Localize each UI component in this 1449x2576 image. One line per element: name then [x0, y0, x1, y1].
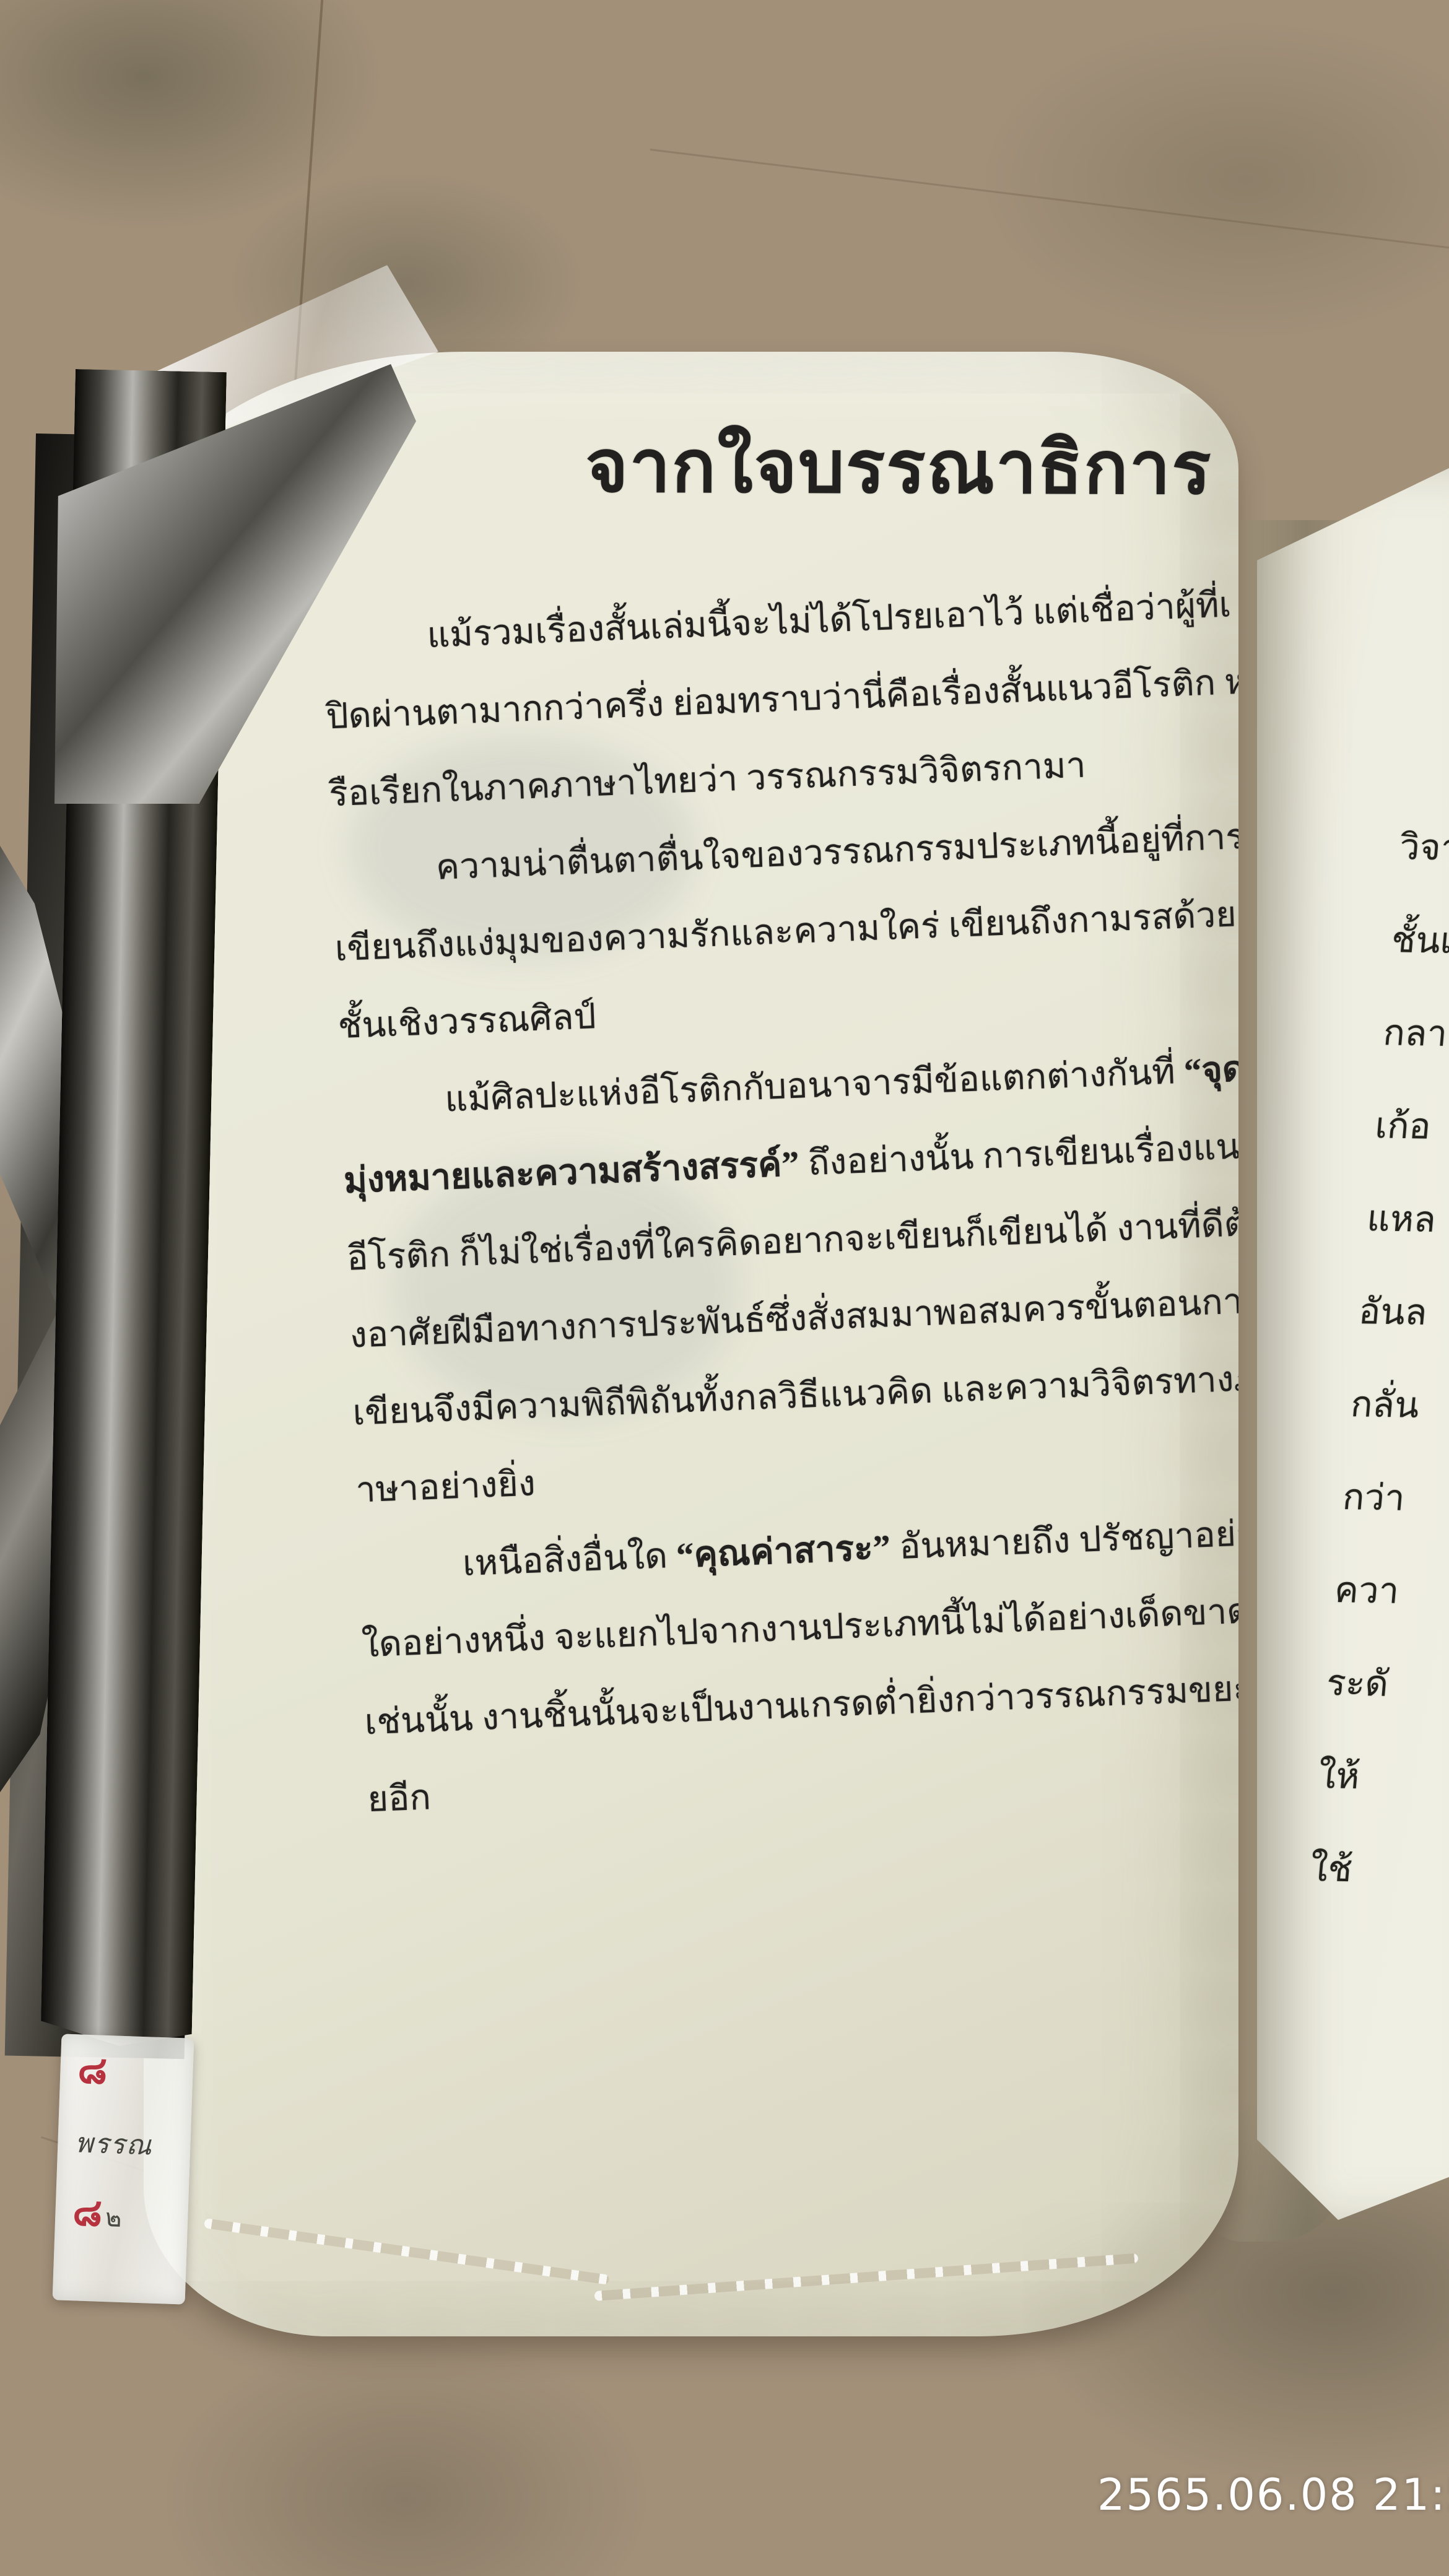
right-page-text-line: ใช้ — [1307, 1822, 1449, 1918]
right-page-text-line: ควา — [1331, 1544, 1449, 1639]
right-page-text-line: เก้อ — [1371, 1079, 1449, 1175]
text-run: ความน่าตื่นตาตื่นใจของวรรณกรรมประเภทนี้อ… — [334, 817, 1238, 1046]
paragraph: ความน่าตื่นตาตื่นใจของวรรณกรรมประเภทนี้อ… — [331, 798, 1238, 1065]
page-paragraphs: แม้รวมเรื่องสั้นเล่มนี้จะไม่ได้โปรยเอาไว… — [321, 565, 1238, 1838]
right-page-text-line: กลั่น — [1347, 1358, 1449, 1453]
photo-scene: { "photo": { "timestamp_text": "2565.06.… — [0, 0, 1449, 2576]
spine-label: ๘ พรรณ ๘ ๒ — [53, 2034, 194, 2304]
right-page-text-line: วิจาร — [1396, 801, 1449, 896]
right-page-text-line: แหล — [1363, 1172, 1449, 1268]
spine-label-top-mark: ๘ — [77, 2050, 193, 2092]
page-title: จากใจบรรณาธิการ — [316, 406, 1238, 526]
spine-label-bottom-black: ๒ — [105, 2204, 122, 2233]
right-page-text-line: ระดั — [1323, 1637, 1449, 1732]
text-run: แม้ศิลปะแห่งอีโรติกกับอนาจารมีข้อแตกต่าง… — [444, 1052, 1185, 1120]
right-page-text-line: กลา — [1379, 986, 1449, 1082]
text-run: เหนือสิ่งอื่นใด — [462, 1536, 677, 1583]
right-page-text-fragments: วิจารชั้นเชิกลาเก้อแหลอันลกลั่นกว่าควาระ… — [1307, 801, 1449, 1918]
left-page: จากใจบรรณาธิการ แม้รวมเรื่องสั้นเล่มนี้จ… — [144, 352, 1238, 2336]
right-page: วิจารชั้นเชิกลาเก้อแหลอันลกลั่นกว่าควาระ… — [1257, 468, 1449, 2220]
right-page-text-line: กว่า — [1339, 1451, 1449, 1546]
right-page-text-line: ให้ — [1315, 1730, 1449, 1825]
right-page-text-line: ชั้นเชิ — [1388, 894, 1449, 989]
spine-label-handwriting: พรรณ — [75, 2130, 191, 2160]
text-run: แม้รวมเรื่องสั้นเล่มนี้จะไม่ได้โปรยเอาไว… — [325, 585, 1238, 814]
floor-crack — [650, 149, 1449, 256]
camera-timestamp: 2565.06.08 21:57 — [1097, 2469, 1449, 2520]
paragraph: แม้ศิลปะแห่งอีโรติกกับอนาจารมีข้อแตกต่าง… — [339, 1030, 1238, 1529]
page-content: จากใจบรรณาธิการ แม้รวมเรื่องสั้นเล่มนี้จ… — [315, 390, 1238, 1839]
spine-label-bottom-red: ๘ — [72, 2189, 103, 2235]
bold-phrase: “คุณค่าสาระ” — [676, 1528, 891, 1575]
spine-label-bottom-marks: ๘ ๒ — [72, 2193, 188, 2240]
paragraph: แม้รวมเรื่องสั้นเล่มนี้จะไม่ได้โปรยเอาไว… — [321, 565, 1238, 833]
right-page-text-line: อันล — [1355, 1265, 1449, 1360]
paragraph: เหนือสิ่งอื่นใด “คุณค่าสาระ” อันหมายถึง … — [357, 1494, 1238, 1838]
